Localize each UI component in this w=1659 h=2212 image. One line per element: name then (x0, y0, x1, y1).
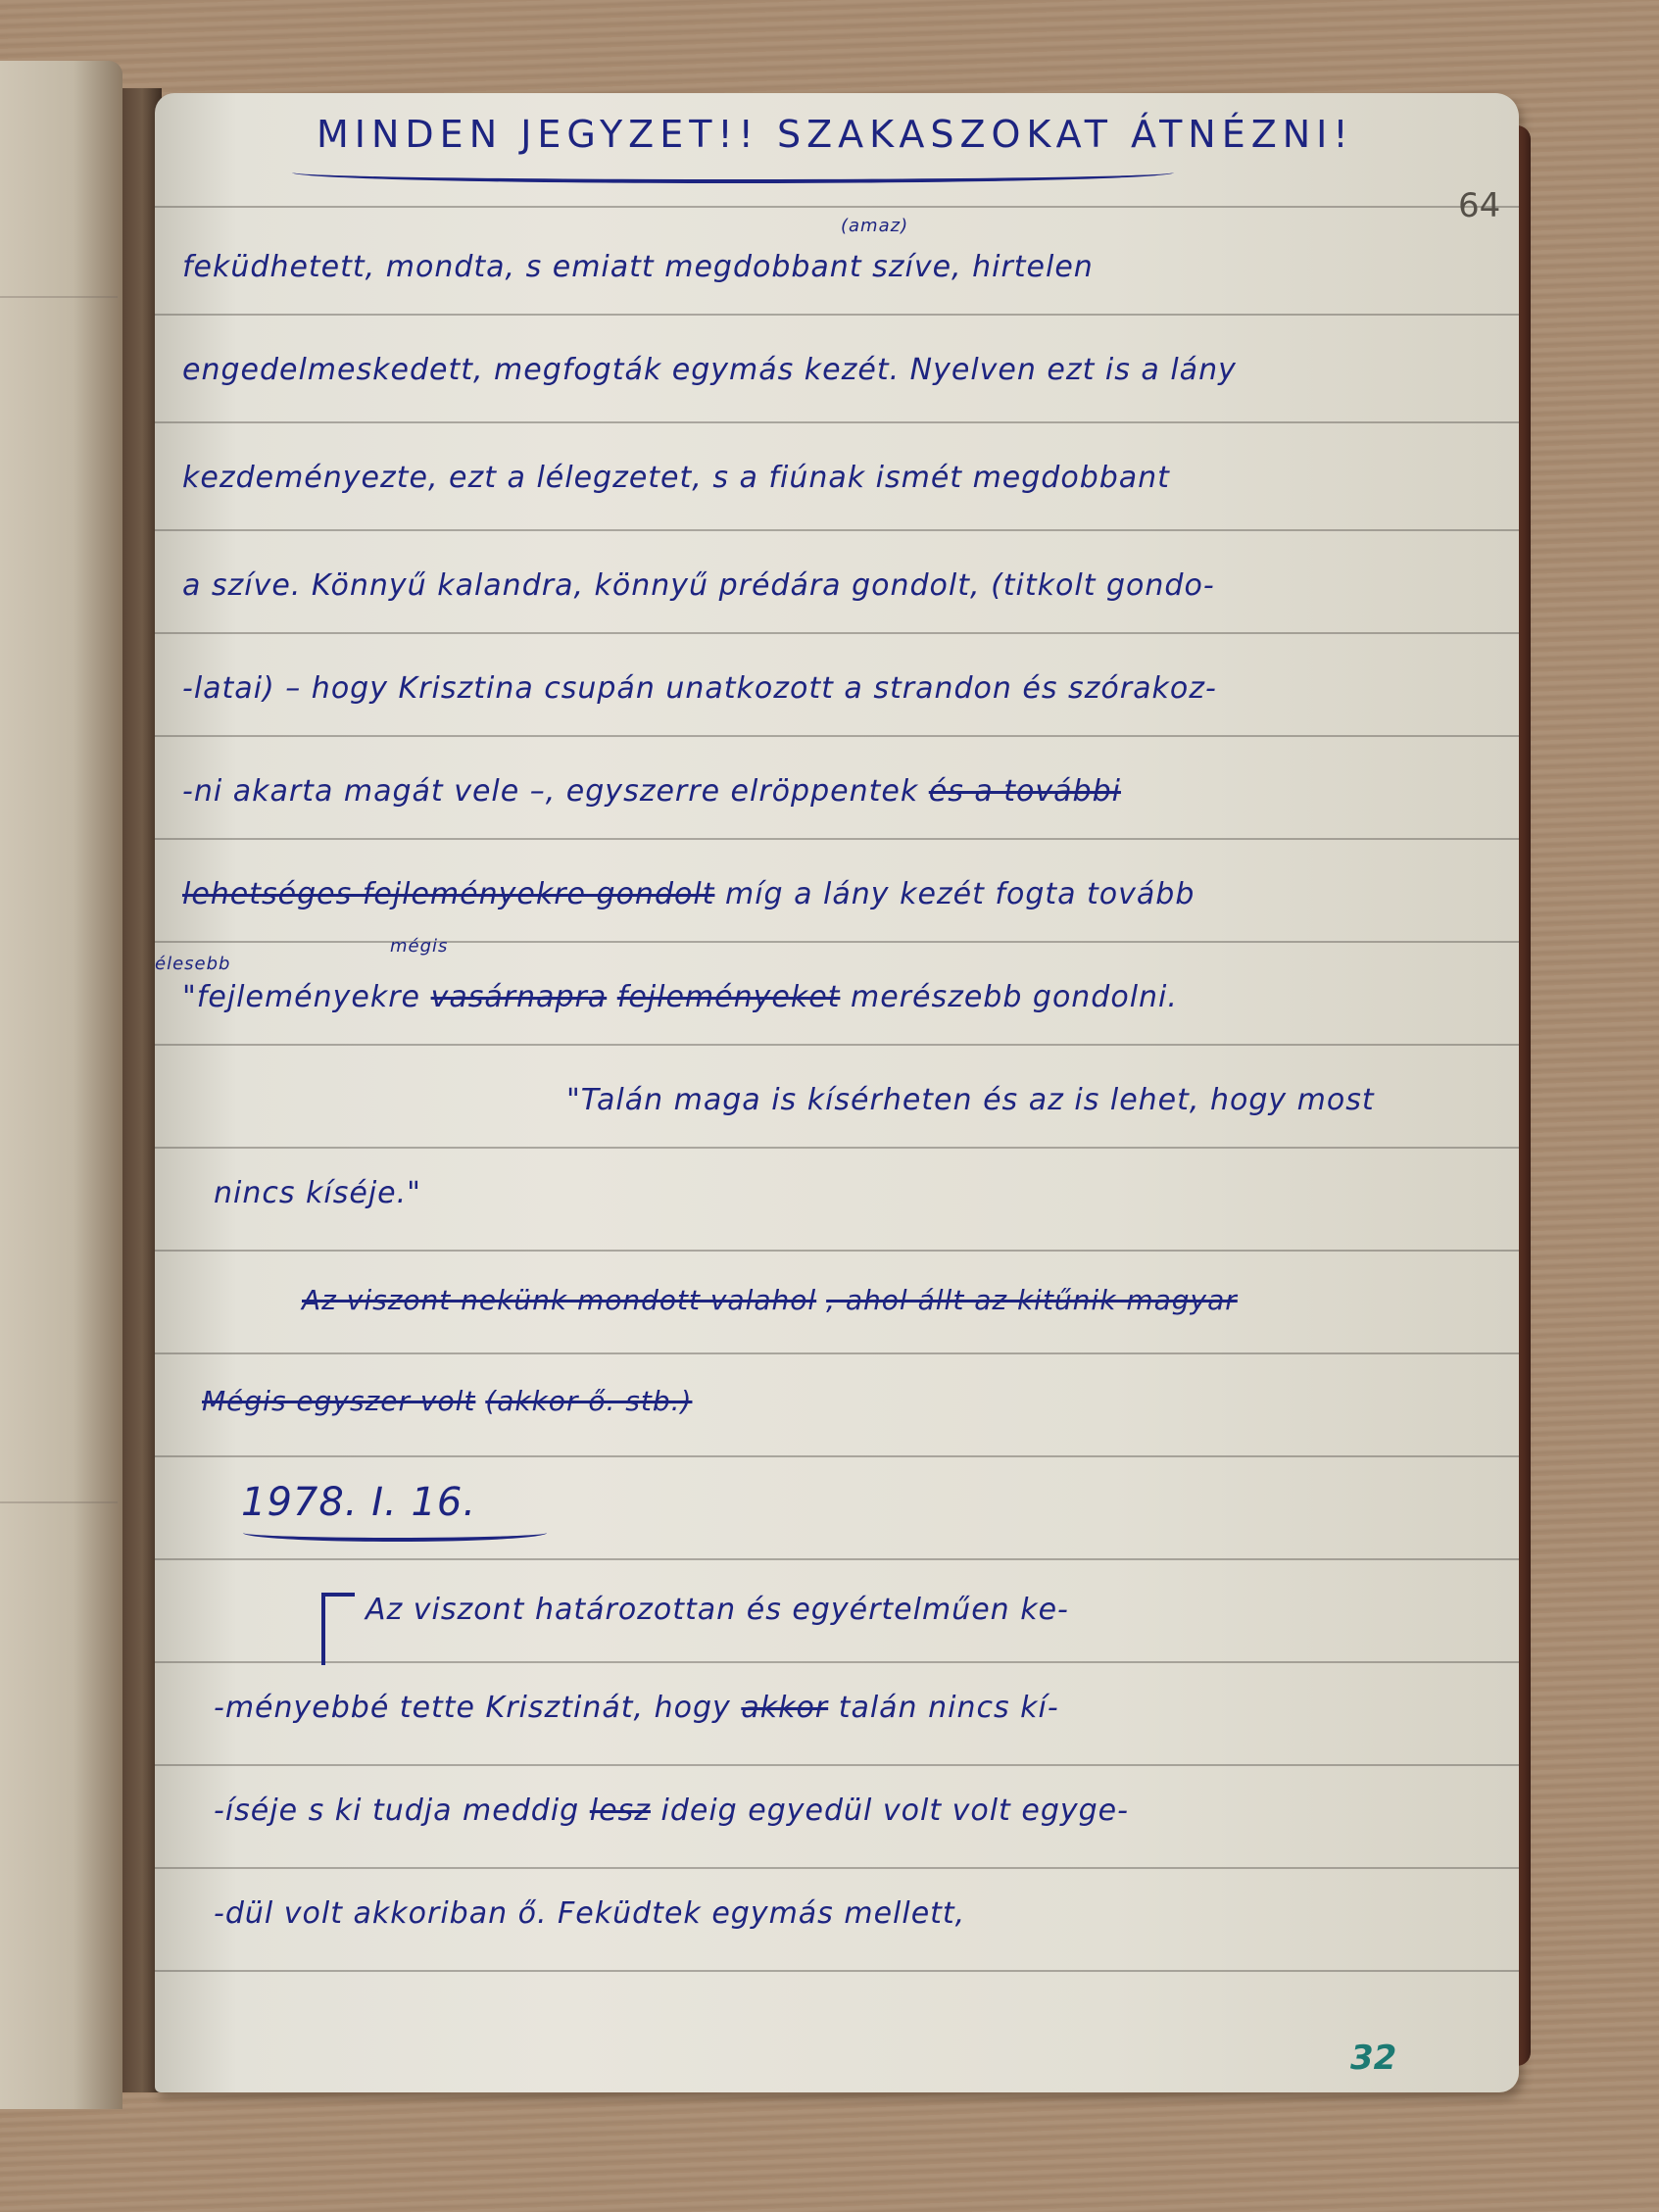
line-text: merészebb gondolni. (851, 980, 1178, 1014)
text-line-13: Az viszont határozottan és egyértelműen … (366, 1593, 1069, 1627)
struck-text: akkor (741, 1691, 828, 1725)
text-line-10: nincs kíséje." (214, 1176, 421, 1210)
line-text: míg a lány kezét fogta tovább (725, 877, 1195, 911)
text-line-9: "Talán maga is kísérheten és az is lehet… (566, 1083, 1375, 1117)
line-text: -íséje s ki tudja meddig (214, 1794, 579, 1828)
struck-text: (akkor ő. stb.) (485, 1385, 692, 1417)
struck-text: és a további (929, 774, 1121, 809)
rule-line (155, 735, 1519, 737)
notebook-page: MINDEN JEGYZET!! SZAKASZOKAT ÁTNÉZNI! 64… (155, 93, 1519, 2092)
rule-line (155, 1455, 1519, 1457)
rule-line (155, 632, 1519, 634)
rule-line (155, 1147, 1519, 1149)
struck-text: vasárnapra (431, 980, 608, 1014)
paragraph-mark (321, 1593, 355, 1665)
text-line-16: -dül volt akkoriban ő. Feküdtek egymás m… (214, 1896, 965, 1931)
line-text: "fejleményekre (182, 980, 420, 1014)
insertion-above-line: mégis (390, 936, 448, 957)
date-underline (243, 1524, 547, 1542)
rule-line (155, 1661, 1519, 1663)
text-line-4: a szíve. Könnyű kalandra, könnyű prédára… (182, 568, 1215, 603)
line-text: -ni akarta magát vele –, egyszerre elröp… (182, 774, 918, 809)
struck-text: , ahol állt az kitűnik magyar (826, 1284, 1238, 1316)
rule-line (0, 296, 118, 298)
rule-line (155, 1764, 1519, 1766)
left-page-edge (0, 61, 122, 2109)
line-text: ideig egyedül volt volt egyge- (660, 1794, 1128, 1828)
rule-line (155, 1867, 1519, 1869)
date-entry: 1978. I. 16. (241, 1480, 476, 1525)
struck-text: Mégis egyszer volt (202, 1385, 475, 1417)
struck-text: Az viszont nekünk mondott valahol (302, 1284, 816, 1316)
text-line-14: -ményebbé tette Krisztinát, hogy akkor t… (214, 1691, 1059, 1725)
text-line-15: -íséje s ki tudja meddig lesz ideig egye… (214, 1794, 1129, 1828)
rule-line (155, 838, 1519, 840)
text-line-7: lehetséges fejleményekre gondolt míg a l… (182, 877, 1195, 911)
text-line-2: engedelmeskedett, megfogták egymás kezét… (182, 353, 1237, 387)
margin-annotation: élesebb (155, 954, 230, 974)
text-line-6: -ni akarta magát vele –, egyszerre elröp… (182, 774, 1121, 809)
rule-line (155, 314, 1519, 316)
rule-line (155, 1558, 1519, 1560)
rule-line (155, 1352, 1519, 1354)
struck-line-11: Az viszont nekünk mondott valahol , ahol… (302, 1284, 1238, 1316)
rule-line (155, 206, 1519, 208)
rule-line (0, 1501, 118, 1503)
struck-text: fejleményeket (617, 980, 841, 1014)
rule-line (155, 421, 1519, 423)
rule-line (155, 1044, 1519, 1046)
page-number: 64 (1458, 186, 1500, 225)
insertion-above-line: (amaz) (841, 216, 908, 236)
line-text: talán nincs kí- (839, 1691, 1059, 1725)
text-line-1: feküdhetett, mondta, s emiatt megdobbant… (182, 250, 1094, 284)
text-line-5: -latai) – hogy Krisztina csupán unatkozo… (182, 671, 1217, 706)
struck-text: lesz (590, 1794, 651, 1828)
rule-line (155, 529, 1519, 531)
struck-text: lehetséges fejleményekre gondolt (182, 877, 714, 911)
rule-line (155, 1250, 1519, 1252)
text-line-8: "fejleményekre vasárnapra fejleményeket … (182, 980, 1178, 1014)
line-text: -ményebbé tette Krisztinát, hogy (214, 1691, 731, 1725)
text-line-3: kezdeményezte, ezt a lélegzetet, s a fiú… (182, 461, 1170, 495)
rule-line (155, 1970, 1519, 1972)
folio-number: 32 (1350, 2039, 1396, 2078)
rule-line (155, 941, 1519, 943)
struck-line-12: Mégis egyszer volt (akkor ő. stb.) (202, 1385, 692, 1417)
page-heading: MINDEN JEGYZET!! SZAKASZOKAT ÁTNÉZNI! (317, 113, 1354, 156)
heading-underline (292, 162, 1174, 183)
